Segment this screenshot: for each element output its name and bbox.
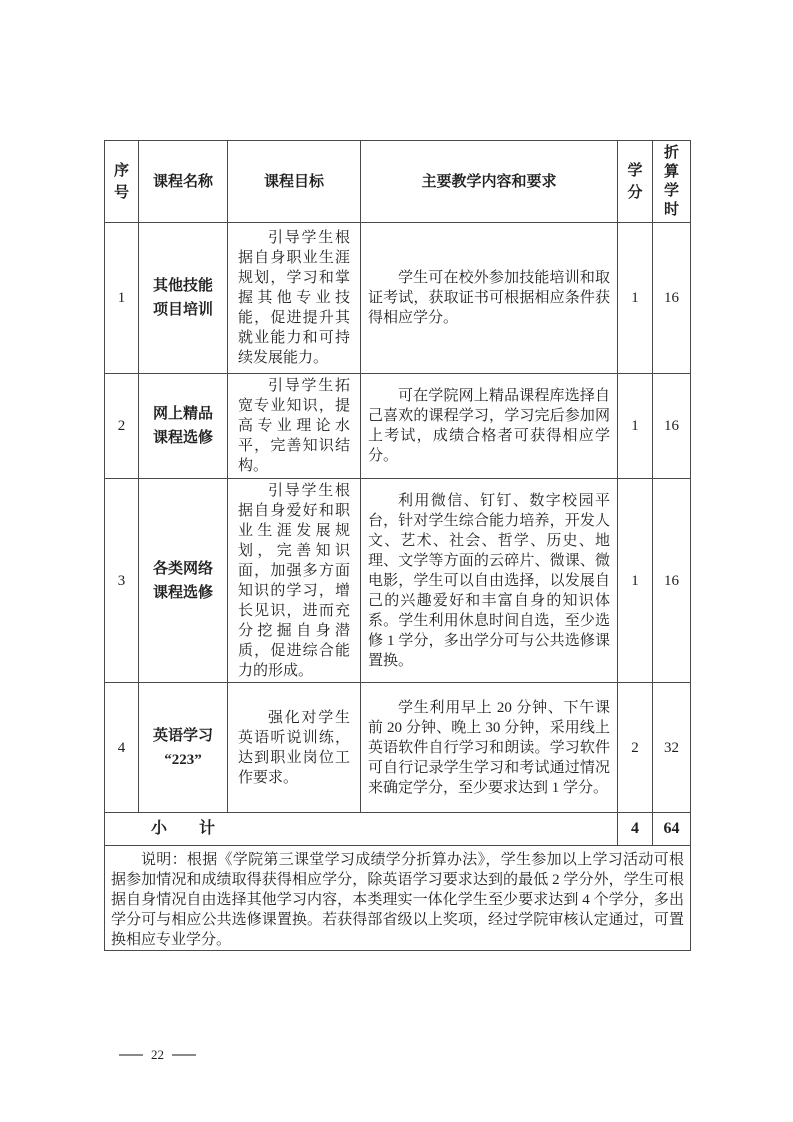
course-goal: 强化对学生英语听说训练，达到职业岗位工作要求。 <box>228 683 361 813</box>
table-row: 4 英语学习 “223” 强化对学生英语听说训练，达到职业岗位工作要求。 学生利… <box>105 683 691 813</box>
course-name: 网上精品 课程选修 <box>139 374 228 479</box>
course-credit: 1 <box>618 374 653 479</box>
course-credit-table: 序号 课程名称 课程目标 主要教学内容和要求 学分 折算学时 1 其他技能 项目… <box>104 140 691 951</box>
subtotal-row: 小 计 4 64 <box>105 813 691 846</box>
course-goal: 引导学生根据自身爱好和职业生涯发展规划，完善知识面，加强多方面知识的学习，增长见… <box>228 479 361 683</box>
course-name: 各类网络 课程选修 <box>139 479 228 683</box>
header-no: 序号 <box>105 141 139 223</box>
course-credit: 1 <box>618 223 653 374</box>
course-content: 可在学院网上精品课程库选择自己喜欢的课程学习，学习完后参加网上考试，成绩合格者可… <box>361 374 618 479</box>
course-credit: 2 <box>618 683 653 813</box>
course-hours: 16 <box>653 479 691 683</box>
row-number: 4 <box>105 683 139 813</box>
table-note: 说明：根据《学院第三课堂学习成绩学分折算办法》，学生参加以上学习活动可根据参加情… <box>105 846 691 951</box>
course-content: 学生可在校外参加技能培训和取证考试，获取证书可根据相应条件获得相应学分。 <box>361 223 618 374</box>
table-row: 2 网上精品 课程选修 引导学生拓宽专业知识，提高专业理论水平，完善知识结构。 … <box>105 374 691 479</box>
page-number-dash-right <box>172 1054 196 1056</box>
course-goal: 引导学生拓宽专业知识，提高专业理论水平，完善知识结构。 <box>228 374 361 479</box>
row-number: 1 <box>105 223 139 374</box>
course-name: 其他技能 项目培训 <box>139 223 228 374</box>
header-content-label: 主要教学内容和要求 <box>421 174 556 190</box>
course-content: 学生利用早上 20 分钟、下午课前 20 分钟、晚上 30 分钟，采用线上英语软… <box>361 683 618 813</box>
course-credit: 1 <box>618 479 653 683</box>
page-number-value: 22 <box>151 1047 164 1063</box>
subtotal-credit: 4 <box>618 813 653 846</box>
header-course-goal-label: 课程目标 <box>264 174 324 190</box>
course-content: 利用微信、钉钉、数字校园平台，针对学生综合能力培养，开发人文、艺术、社会、哲学、… <box>361 479 618 683</box>
course-name: 英语学习 “223” <box>139 683 228 813</box>
header-no-label: 序号 <box>114 160 130 204</box>
note-row: 说明：根据《学院第三课堂学习成绩学分折算办法》，学生参加以上学习活动可根据参加情… <box>105 846 691 951</box>
header-content: 主要教学内容和要求 <box>361 141 618 223</box>
header-course-goal: 课程目标 <box>228 141 361 223</box>
subtotal-hours: 64 <box>653 813 691 846</box>
header-course-name-label: 课程名称 <box>153 174 213 190</box>
subtotal-label: 小 计 <box>105 813 618 846</box>
header-course-name: 课程名称 <box>139 141 228 223</box>
course-hours: 16 <box>653 374 691 479</box>
table-row: 1 其他技能 项目培训 引导学生根据自身职业生涯规划，学习和掌握其他专业技能，促… <box>105 223 691 374</box>
document-page: 序号 课程名称 课程目标 主要教学内容和要求 学分 折算学时 1 其他技能 项目… <box>0 0 793 1122</box>
course-goal: 引导学生根据自身职业生涯规划，学习和掌握其他专业技能，促进提升其就业能力和可持续… <box>228 223 361 374</box>
row-number: 2 <box>105 374 139 479</box>
table-row: 3 各类网络 课程选修 引导学生根据自身爱好和职业生涯发展规划，完善知识面，加强… <box>105 479 691 683</box>
course-hours: 32 <box>653 683 691 813</box>
course-hours: 16 <box>653 223 691 374</box>
table-header-row: 序号 课程名称 课程目标 主要教学内容和要求 学分 折算学时 <box>105 141 691 223</box>
page-number: 22 <box>119 1047 196 1063</box>
header-hours-label: 折算学时 <box>664 144 680 220</box>
page-number-dash-left <box>119 1054 143 1056</box>
header-credit: 学分 <box>618 141 653 223</box>
row-number: 3 <box>105 479 139 683</box>
header-credit-label: 学分 <box>627 160 643 204</box>
header-hours: 折算学时 <box>653 141 691 223</box>
